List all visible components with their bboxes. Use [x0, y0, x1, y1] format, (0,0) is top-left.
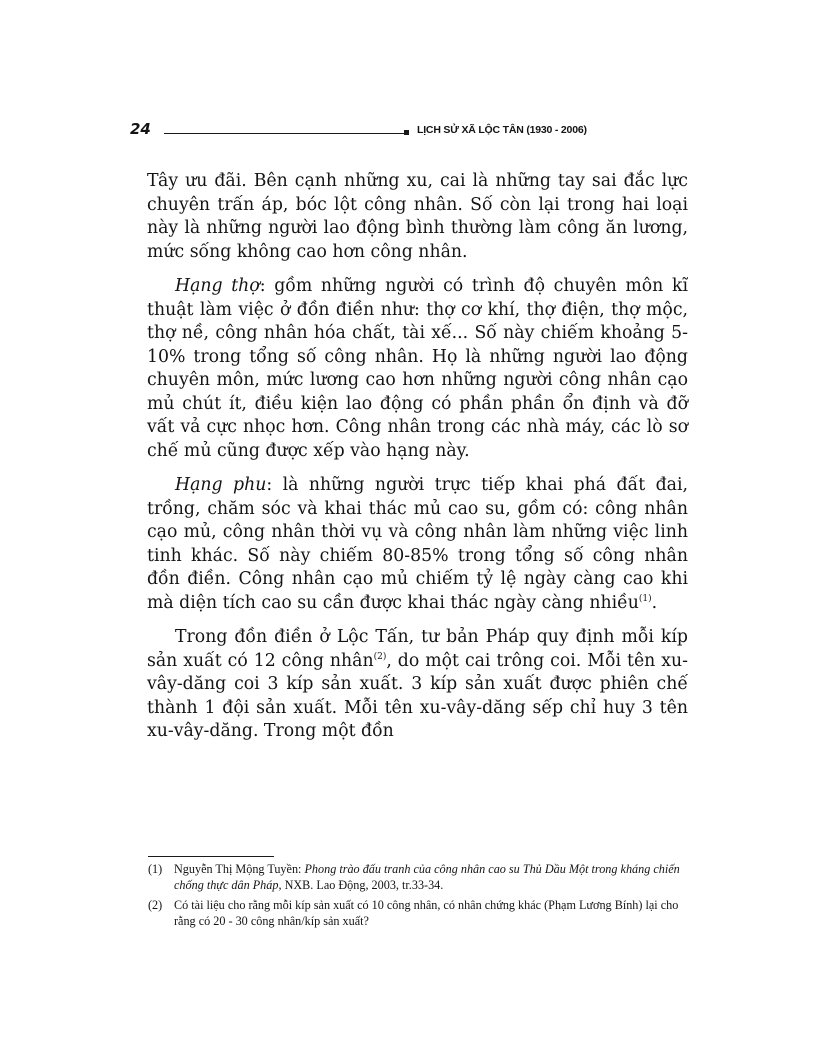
footnote-ref-1[interactable]: (1): [639, 594, 652, 604]
footnote-text: Nguyễn Thị Mộng Tuyền: Phong trào đấu tr…: [174, 862, 696, 893]
header-rule: [164, 133, 404, 134]
term-hang-tho: Hạng thợ: [175, 276, 260, 296]
page-number: 24: [130, 120, 164, 138]
footnotes: (1) Nguyễn Thị Mộng Tuyền: Phong trào đấ…: [148, 862, 696, 934]
footnote-author: Nguyễn Thị Mộng Tuyền:: [174, 862, 304, 876]
running-header: 24 LỊCH SỬ XÃ LỘC TÂN (1930 - 2006): [130, 118, 690, 138]
paragraph-text: Tây ưu đãi. Bên cạnh những xu, cai là nh…: [147, 171, 688, 262]
body-text: Tây ưu đãi. Bên cạnh những xu, cai là nh…: [147, 170, 688, 755]
footnote-publication: , NXB. Lao Động, 2003, tr.33-34.: [278, 878, 443, 892]
footnote-separator: [148, 856, 274, 857]
paragraph-text: : là những người trực tiếp khai phá đất …: [147, 475, 688, 613]
paragraph-text: : gồm những người có trình độ chuyên môn…: [147, 276, 688, 461]
term-hang-phu: Hạng phu: [175, 475, 266, 495]
footnote-number: (2): [148, 898, 174, 929]
footnote-text: Có tài liệu cho rằng mỗi kíp sản xuất có…: [174, 898, 696, 929]
footnote-ref-2[interactable]: (2): [374, 652, 387, 662]
header-bullet-icon: [404, 130, 409, 135]
paragraph-loc-tan: Trong đồn điền ở Lộc Tấn, tư bản Pháp qu…: [147, 626, 688, 744]
paragraph-hang-tho: Hạng thợ: gồm những người có trình độ ch…: [147, 275, 688, 463]
paragraph-hang-phu: Hạng phu: là những người trực tiếp khai …: [147, 474, 688, 615]
book-title: LỊCH SỬ XÃ LỘC TÂN (1930 - 2006): [417, 123, 587, 137]
footnote-2: (2) Có tài liệu cho rằng mỗi kíp sản xuấ…: [148, 898, 696, 929]
footnote-1: (1) Nguyễn Thị Mộng Tuyền: Phong trào đấ…: [148, 862, 696, 893]
paragraph-end: .: [652, 593, 658, 613]
footnote-number: (1): [148, 862, 174, 893]
paragraph-continuation: Tây ưu đãi. Bên cạnh những xu, cai là nh…: [147, 170, 688, 264]
